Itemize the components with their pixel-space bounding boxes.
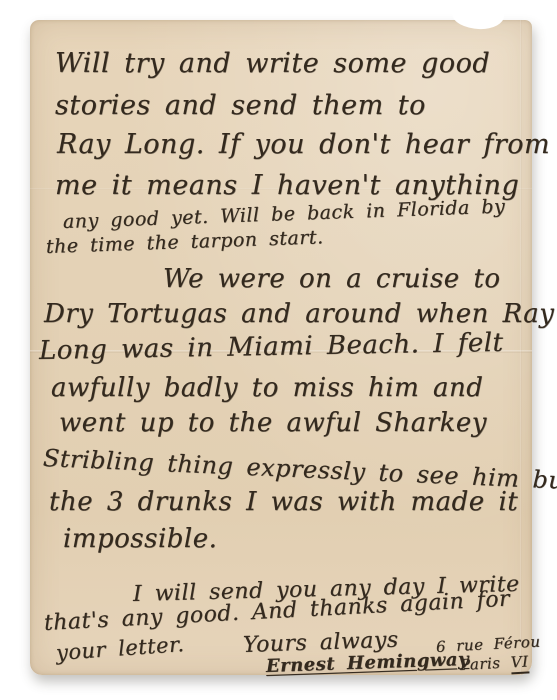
letter-line-13: the 3 drunks I was with made it <box>49 488 518 518</box>
letter-line-8: Dry Tortugas and around when Ray <box>44 300 554 330</box>
letter-line-1: Will try and write some good <box>55 48 490 79</box>
letter-paper: Will try and write some good stories and… <box>30 20 532 675</box>
letter-line-14: impossible. <box>63 525 217 555</box>
letter-line-4: me it means I haven't anything <box>55 170 519 201</box>
letter-line-11: went up to the awful Sharkey <box>59 409 487 439</box>
address-city: Paris <box>459 654 500 674</box>
letter-line-9: Long was in Miami Beach. I felt <box>39 329 504 367</box>
letter-line-17: your letter. <box>55 632 185 665</box>
photo-background: Will try and write some good stories and… <box>0 0 557 700</box>
letter-line-7: We were on a cruise to <box>163 265 501 295</box>
address-district: VI <box>510 652 529 674</box>
letter-line-3: Ray Long. If you don't hear from <box>57 129 550 160</box>
letter-line-10: awfully badly to miss him and <box>51 374 483 404</box>
edge-crease <box>520 20 522 675</box>
letter-line-2: stories and send them to <box>55 90 426 121</box>
address-city-line: Paris VI <box>460 653 529 674</box>
